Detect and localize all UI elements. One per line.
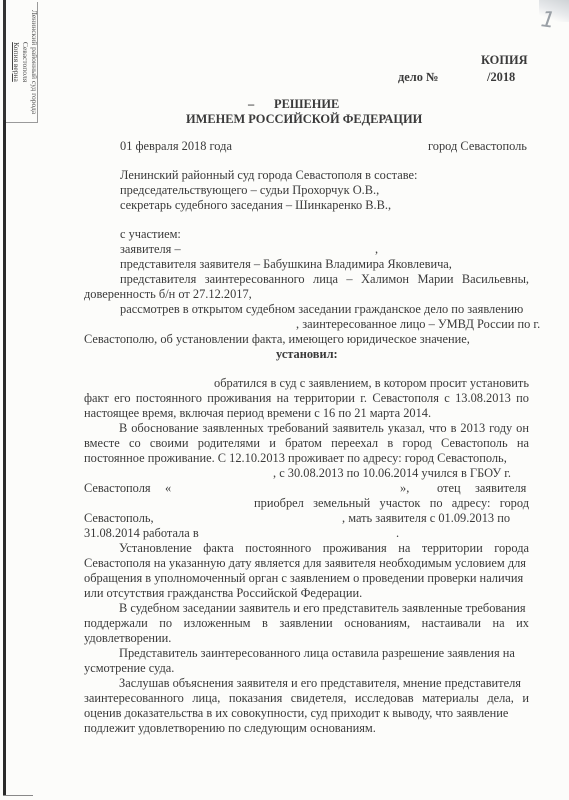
body-p4-l1: В судебном заседании заявитель и его пре… — [119, 601, 526, 616]
case-number: /2018 — [487, 70, 515, 85]
participant-applicant: заявителя – — [120, 242, 181, 257]
body-p3-l3: обращения в уполномоченный орган с заявл… — [84, 571, 523, 586]
stamp-line-1: Ленинский районный суд города — [30, 2, 39, 122]
body-p2-l5a: Севастополя — [84, 481, 151, 496]
document-title: РЕШЕНИЕ — [274, 97, 339, 112]
body-p6-l3: оценив доказательства в их совокупности,… — [84, 706, 508, 721]
body-p5-l2: усмотрение суда. — [84, 661, 174, 676]
body-p2-l1: В обоснование заявленных требований заяв… — [119, 421, 529, 436]
participant-applicant-comma: , — [375, 242, 378, 257]
body-p2-l4: , с 30.08.2013 по 10.06.2014 учился в ГБ… — [273, 466, 511, 481]
stamp-line-2: Севастополя — [21, 2, 30, 122]
considered-line-3: Севастополю, об установлении факта, имею… — [84, 332, 470, 347]
body-p4-l2: поддержали по изложенным в заявлении осн… — [84, 616, 529, 631]
body-p2-l5e: заявителя — [475, 481, 526, 496]
body-p5-l1: Представитель заинтересованного лица ост… — [119, 646, 515, 661]
body-p2-l7a: Севастополь, — [84, 511, 154, 526]
copy-label: КОПИЯ — [481, 53, 528, 68]
body-p1-l1: обратился в суд с заявлением, в котором … — [214, 376, 529, 391]
body-p1-l3: настоящее время, включая период времени … — [84, 406, 431, 421]
court-line-2: председательствующего – судьи Прохорчук … — [120, 183, 379, 198]
title-dash: – — [248, 97, 254, 112]
participant-rep-interested: представителя заинтересованного лица – Х… — [120, 272, 529, 287]
body-p2-l5d: отец — [437, 481, 461, 496]
participant-rep-applicant: представителя заявителя – Бабушкина Влад… — [120, 257, 452, 272]
body-p2-l2: вместе со своими родителями и братом пер… — [84, 436, 529, 451]
body-p2-l5c: », — [400, 481, 409, 496]
document-page: Ленинский районный суд города Севастопол… — [0, 0, 569, 800]
court-stamp: Ленинский районный суд города Севастопол… — [3, 2, 38, 123]
considered-line-1: рассмотрев в открытом судебном заседании… — [120, 302, 523, 317]
body-p2-l6: приобрел земельный участок по адресу: го… — [254, 496, 529, 511]
decision-city: город Севастополь — [428, 139, 527, 154]
participants-intro: с участием: — [120, 227, 181, 242]
established-heading: установил: — [276, 347, 338, 362]
body-p3-l2: Севастополя на указанную дату является д… — [84, 556, 526, 571]
binding-edge-line — [3, 120, 6, 796]
case-label: дело № — [398, 70, 438, 85]
considered-line-2: , заинтересованное лицо – УМВД России по… — [296, 317, 540, 332]
decision-date: 01 февраля 2018 года — [120, 139, 232, 154]
body-p3-l4: или отсутствия гражданства Российской Фе… — [84, 586, 362, 601]
participant-rep-interested-power: доверенность б/н от 27.12.2017, — [84, 287, 252, 302]
body-p2-l3: постоянное проживание. С 12.10.2013 прож… — [84, 451, 507, 466]
body-p2-l8b: . — [396, 526, 399, 541]
stamp-text: Ленинский районный суд города Севастопол… — [5, 2, 39, 122]
stamp-line-3: Копия верна — [12, 2, 21, 122]
body-p1-l2: факт его постоянного проживания на терри… — [84, 391, 529, 406]
body-p2-l5b: « — [165, 481, 171, 496]
court-line-1: Ленинский районный суд города Севастопол… — [120, 168, 417, 183]
body-p3-l1: Установление факта постоянного проживани… — [119, 541, 529, 556]
body-p4-l3: удовлетворении. — [84, 631, 171, 646]
body-p6-l2: заинтересованного лица, показания свидет… — [84, 691, 529, 706]
body-p6-l1: Заслушав объяснения заявителя и его пред… — [119, 676, 521, 691]
court-line-3: секретарь судебного заседания – Шинкарен… — [120, 198, 391, 213]
margin-bottom-line — [3, 795, 33, 796]
document-subtitle: ИМЕНЕМ РОССИЙСКОЙ ФЕДЕРАЦИИ — [186, 112, 422, 127]
body-p2-l8a: 31.08.2014 работала в — [84, 526, 199, 541]
body-p2-l7b: , мать заявителя с 01.09.2013 по — [342, 511, 510, 526]
body-p6-l4: подлежит удовлетворению по следующим осн… — [84, 721, 376, 736]
handwritten-page-number: 1 — [539, 7, 556, 34]
